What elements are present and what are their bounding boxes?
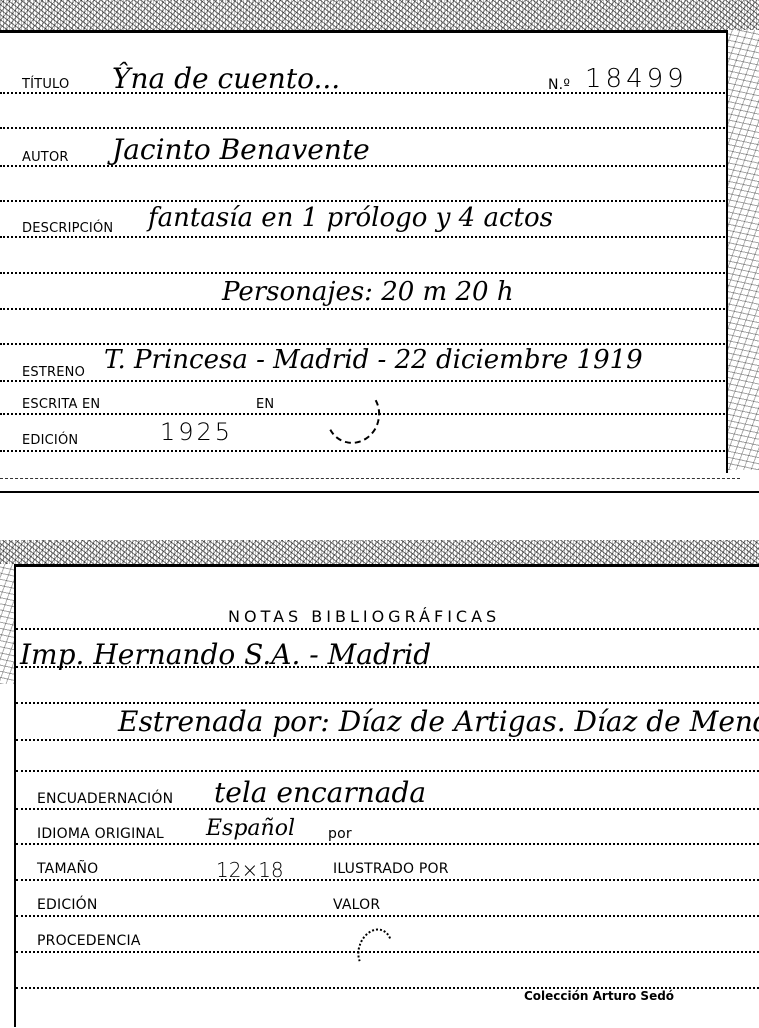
value-idioma-original: Español <box>206 816 295 841</box>
rule-descripcion <box>0 236 725 238</box>
nota-line-1: Estrenada por: Díaz de Artigas. Díaz de … <box>118 705 759 738</box>
label-idioma-original: IDIOMA ORIGINAL <box>37 826 164 842</box>
rule-nota-0 <box>16 666 759 668</box>
label-titulo: TÍTULO <box>22 77 69 92</box>
label-tamano: TAMAÑO <box>37 861 98 877</box>
value-autor: Jacinto Benavente <box>112 133 370 166</box>
label-encuadernacion: ENCUADERNACIÓN <box>37 791 173 807</box>
label-escrita-en: ESCRITA EN <box>22 397 100 412</box>
scan-noise-left-bottom <box>0 564 14 684</box>
label-edicion-bottom: EDICIÓN <box>37 897 98 913</box>
rule-edicion-bottom <box>16 915 759 917</box>
value-edicion: 1925 <box>160 418 233 446</box>
scan-noise-right-top <box>728 30 759 470</box>
label-por: por <box>328 826 352 842</box>
label-descripcion: DESCRIPCIÓN <box>22 221 113 236</box>
value-personajes: Personajes: 20 m 20 h <box>222 277 514 307</box>
collection-credit: Colección Arturo Sedó <box>524 989 674 1003</box>
rule-blank-2 <box>0 200 725 202</box>
value-estreno: T. Princesa - Madrid - 22 diciembre 1919 <box>104 345 643 375</box>
scan-noise-bottom <box>0 540 759 564</box>
label-en: EN <box>256 397 274 412</box>
card-separator <box>0 491 759 493</box>
label-autor: AUTOR <box>22 150 69 165</box>
rule-blank-3 <box>0 272 725 274</box>
rule-nota-0-top <box>16 628 759 630</box>
rule-estreno <box>0 380 725 382</box>
rule-personajes <box>0 308 725 310</box>
rule-nota-1 <box>16 739 759 741</box>
value-encuadernacion: tela encarnada <box>214 776 426 809</box>
value-numero: 18499 <box>585 64 688 94</box>
label-numero: N.º <box>548 77 570 93</box>
rule-idioma <box>16 843 759 845</box>
label-edicion: EDICIÓN <box>22 433 78 448</box>
value-tamano: 12×18 <box>216 858 284 882</box>
label-estreno: ESTRENO <box>22 365 85 380</box>
rule-tamano <box>16 879 759 881</box>
rule-blank-5 <box>16 770 759 772</box>
top-card-bottom-edge <box>0 478 740 479</box>
label-valor: VALOR <box>333 897 380 913</box>
rule-blank-1 <box>0 127 725 129</box>
rule-nota-1-top <box>16 702 759 704</box>
label-ilustrado-por: ILUSTRADO POR <box>333 861 449 877</box>
scan-noise-top <box>0 0 759 30</box>
value-titulo: Ŷna de cuento... <box>112 62 340 95</box>
label-procedencia: PROCEDENCIA <box>37 933 141 949</box>
rule-edicion <box>0 450 725 452</box>
value-descripcion: fantasía en 1 prólogo y 4 actos <box>148 203 553 233</box>
heading-notas-bibliograficas: NOTAS BIBLIOGRÁFICAS <box>228 607 500 626</box>
